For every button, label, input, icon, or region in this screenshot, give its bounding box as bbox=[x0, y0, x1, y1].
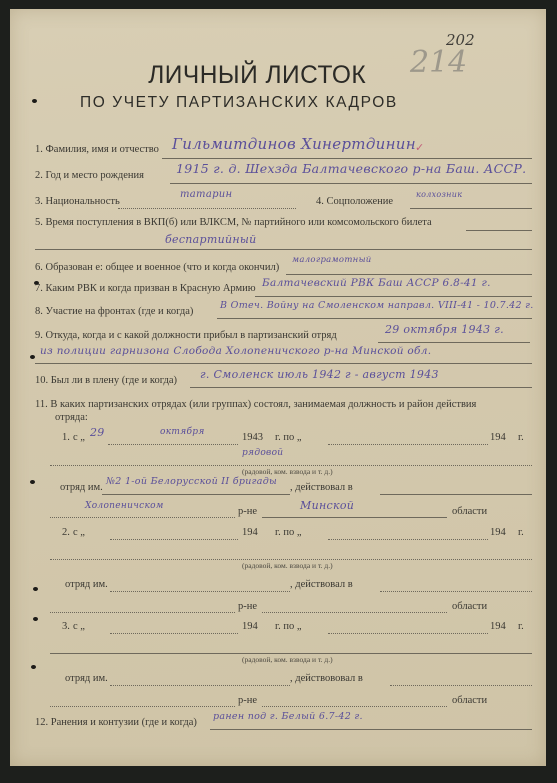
field-4-line bbox=[410, 208, 532, 209]
punch-hole bbox=[32, 99, 37, 103]
field-2-value[interactable]: 1915 г. д. Шехзда Балтачевского р-на Баш… bbox=[176, 161, 526, 176]
unit-1-oblasti-label: области bbox=[452, 506, 487, 517]
field-8-value[interactable]: В Отеч. Войну на Смоленском направл. VII… bbox=[220, 300, 534, 311]
field-9-line-b bbox=[35, 363, 532, 364]
unit-2-oblasti-label: области bbox=[452, 601, 487, 612]
unit-3-g: г. bbox=[518, 621, 524, 632]
field-2-label: 2. Год и место рождения bbox=[35, 170, 144, 181]
unit-2-position-hint: (радовой, ком. взвода и т. д.) bbox=[242, 561, 333, 570]
field-11-label2: отряда: bbox=[55, 412, 88, 423]
unit-2-number: 2. bbox=[62, 527, 70, 538]
unit-1-acted-label: , действовал в bbox=[290, 482, 353, 493]
unit-3-from-label: с „ bbox=[73, 621, 85, 632]
unit-3-position-field[interactable] bbox=[50, 653, 532, 654]
unit-2-district-field[interactable] bbox=[50, 612, 235, 613]
unit-3-otryad-label: отряд им. bbox=[65, 673, 108, 684]
field-3-value[interactable]: татарин bbox=[180, 189, 232, 200]
field-1-value[interactable]: Гильмитдинов Хинертдинин bbox=[172, 135, 416, 153]
field-7-value[interactable]: Балтачевский РВК Баш АССР 6.8-41 г. bbox=[262, 277, 491, 289]
field-10-line bbox=[190, 387, 532, 388]
unit-1-from-day[interactable]: 29 bbox=[90, 426, 105, 439]
ink-archive-number: 202 bbox=[446, 31, 475, 49]
unit-1-to-label: г. по „ bbox=[275, 432, 302, 443]
unit-2-otryad-field[interactable] bbox=[110, 591, 290, 592]
field-10-label: 10. Был ли в плену (где и когда) bbox=[35, 375, 177, 386]
unit-3-from-field[interactable] bbox=[110, 633, 238, 634]
document-subtitle: ПО УЧЕТУ ПАРТИЗАНСКИХ КАДРОВ bbox=[80, 94, 398, 112]
unit-1-position-line bbox=[50, 465, 532, 466]
unit-2-to-label: г. по „ bbox=[275, 527, 302, 538]
field-5-label: 5. Время поступления в ВКП(б) или ВЛКСМ,… bbox=[35, 217, 432, 228]
field-9-line-a bbox=[378, 342, 530, 343]
unit-3-to-year: 194 bbox=[490, 621, 506, 632]
unit-1-from-line bbox=[108, 444, 238, 445]
unit-2-from-field[interactable] bbox=[110, 539, 238, 540]
unit-3-from-year: 194 bbox=[242, 621, 258, 632]
unit-1-to-line bbox=[328, 444, 488, 445]
punch-hole bbox=[30, 480, 35, 484]
punch-hole bbox=[30, 355, 35, 359]
field-9-label: 9. Откуда, когда и с какой должности при… bbox=[35, 330, 337, 341]
unit-3-to-field[interactable] bbox=[328, 633, 488, 634]
field-12-value[interactable]: ранен под г. Белый 6.7-42 г. bbox=[213, 711, 363, 722]
unit-1-g: г. bbox=[518, 432, 524, 443]
field-12-line bbox=[210, 729, 532, 730]
field-5-value[interactable]: беспартийный bbox=[165, 233, 257, 246]
field-10-value[interactable]: г. Смоленск июль 1942 г - август 1943 bbox=[200, 368, 439, 381]
unit-1-number: 1. bbox=[62, 432, 70, 443]
field-9-value[interactable]: 29 октября 1943 г. bbox=[385, 323, 504, 336]
field-9-value2[interactable]: из полиции гарнизона Слобода Холопеничск… bbox=[40, 345, 431, 357]
field-4-value[interactable]: колхозник bbox=[416, 190, 462, 199]
unit-2-from-year: 194 bbox=[242, 527, 258, 538]
unit-2-acted-label: , действовал в bbox=[290, 579, 353, 590]
punch-hole bbox=[33, 587, 38, 591]
unit-1-otryad[interactable]: №2 1-ой Белорусской II бригады bbox=[106, 476, 277, 487]
pencil-archive-number: 214 bbox=[410, 45, 467, 80]
field-2-line bbox=[170, 183, 532, 184]
unit-3-acted-field[interactable] bbox=[390, 685, 532, 686]
unit-2-to-year: 194 bbox=[490, 527, 506, 538]
unit-3-acted-label: , действововал в bbox=[290, 673, 363, 684]
unit-1-district[interactable]: Холопеничском bbox=[85, 501, 164, 511]
unit-1-from-month[interactable]: октября bbox=[160, 427, 205, 437]
unit-1-position-hint: (радовой, ком. взвода и т. д.) bbox=[242, 467, 333, 476]
field-12-label: 12. Ранения и контузии (где и когда) bbox=[35, 717, 197, 728]
unit-2-otryad-label: отряд им. bbox=[65, 579, 108, 590]
field-7-line bbox=[255, 296, 532, 297]
unit-3-position-hint: (радовой, ком. взвода и т. д.) bbox=[242, 655, 333, 664]
document-title: ЛИЧНЫЙ ЛИСТОК bbox=[148, 61, 366, 90]
unit-3-otryad-field[interactable] bbox=[110, 685, 290, 686]
unit-3-district-field[interactable] bbox=[50, 706, 235, 707]
unit-2-rne-label: р-не bbox=[238, 601, 257, 612]
unit-1-otryad-label: отряд им. bbox=[60, 482, 103, 493]
field-8-line bbox=[217, 318, 532, 319]
unit-1-district-line bbox=[50, 517, 235, 518]
unit-1-region[interactable]: Минской bbox=[300, 499, 354, 512]
field-1-label: 1. Фамилия, имя и отчество bbox=[35, 144, 159, 155]
unit-3-to-label: г. по „ bbox=[275, 621, 302, 632]
field-6-line bbox=[286, 274, 532, 275]
unit-3-region-field[interactable] bbox=[262, 706, 447, 707]
unit-3-number: 3. bbox=[62, 621, 70, 632]
unit-2-acted-field[interactable] bbox=[380, 591, 532, 592]
field-6-label: 6. Образован е: общее и военное (что и к… bbox=[35, 262, 279, 273]
field-11-label: 11. В каких партизанских отрядах (или гр… bbox=[35, 399, 476, 410]
unit-1-to-year: 194 bbox=[490, 432, 506, 443]
field-3-line bbox=[118, 208, 296, 209]
unit-2-position-field[interactable] bbox=[50, 559, 532, 560]
unit-2-from-label: с „ bbox=[73, 527, 85, 538]
unit-1-otryad-line bbox=[102, 494, 290, 495]
unit-2-to-field[interactable] bbox=[328, 539, 488, 540]
unit-1-from-year[interactable]: 1943 bbox=[242, 432, 263, 443]
check-mark-icon: ✓ bbox=[415, 141, 424, 154]
unit-1-region-line bbox=[262, 517, 447, 518]
personal-sheet-document: ЛИЧНЫЙ ЛИСТОК 214 202 ПО УЧЕТУ ПАРТИЗАНС… bbox=[10, 9, 546, 766]
field-4-label: 4. Соцположение bbox=[316, 196, 393, 207]
unit-3-oblasti-label: области bbox=[452, 695, 487, 706]
unit-1-position[interactable]: рядовой bbox=[242, 448, 283, 458]
punch-hole bbox=[31, 665, 36, 669]
unit-2-g: г. bbox=[518, 527, 524, 538]
unit-3-rne-label: р-не bbox=[238, 695, 257, 706]
field-6-value[interactable]: малограмотный bbox=[292, 255, 372, 265]
unit-2-region-field[interactable] bbox=[262, 612, 447, 613]
unit-1-from-label: с „ bbox=[73, 432, 85, 443]
field-3-label: 3. Национальность bbox=[35, 196, 120, 207]
field-8-label: 8. Участие на фронтах (где и когда) bbox=[35, 306, 193, 317]
unit-1-rne-label: р-не bbox=[238, 506, 257, 517]
field-5-line-a bbox=[466, 230, 532, 231]
field-7-label: 7. Каким РВК и когда призван в Красную А… bbox=[35, 283, 256, 294]
punch-hole bbox=[33, 617, 38, 621]
field-1-line bbox=[162, 158, 532, 159]
field-5-line-b bbox=[35, 249, 532, 250]
unit-1-acted-line bbox=[380, 494, 532, 495]
